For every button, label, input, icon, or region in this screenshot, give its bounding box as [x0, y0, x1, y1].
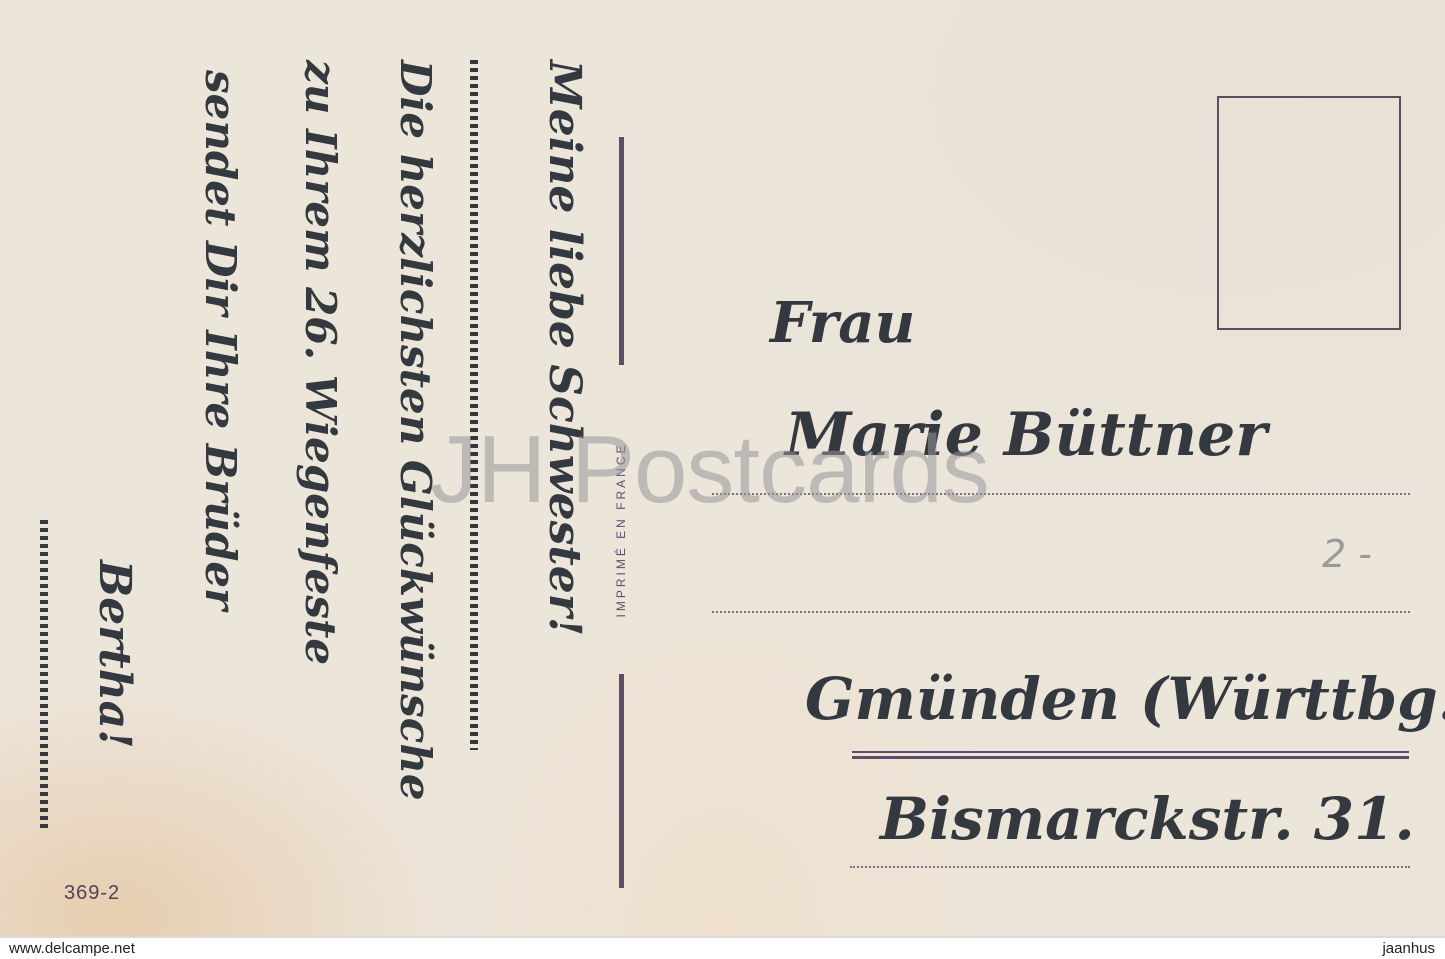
message-signature: Bertha!: [89, 560, 140, 749]
stamp-box: [1217, 96, 1401, 330]
signature-flourish: [40, 520, 48, 830]
message-line-4: sendet Dir Ihre Brüder: [196, 70, 245, 610]
address-street: Bismarckstr. 31.: [880, 785, 1415, 853]
message-line-3: zu Ihrem 26. Wiegenfeste: [296, 60, 345, 665]
watermark: JH Postcards: [430, 415, 989, 525]
address-salutation: Frau: [770, 290, 915, 356]
postcard-back: Meine liebe Schwester! Die herzlichsten …: [0, 0, 1445, 938]
address-line-3: [850, 866, 1410, 868]
footer-source-link[interactable]: www.delcampe.net: [9, 940, 135, 957]
card-number: 369-2: [64, 882, 120, 905]
address-city: Gmünden (Württbg.): [805, 665, 1445, 733]
pencil-note: 2 -: [1322, 532, 1372, 576]
address-line-2: [712, 611, 1410, 613]
center-divider-bottom: [619, 674, 624, 888]
footer-seller[interactable]: jaanhus: [1382, 940, 1435, 957]
center-divider-top: [619, 137, 624, 365]
message-line-1: Meine liebe Schwester!: [539, 60, 590, 636]
message-underline: [470, 60, 478, 750]
city-double-underline: [852, 751, 1409, 760]
